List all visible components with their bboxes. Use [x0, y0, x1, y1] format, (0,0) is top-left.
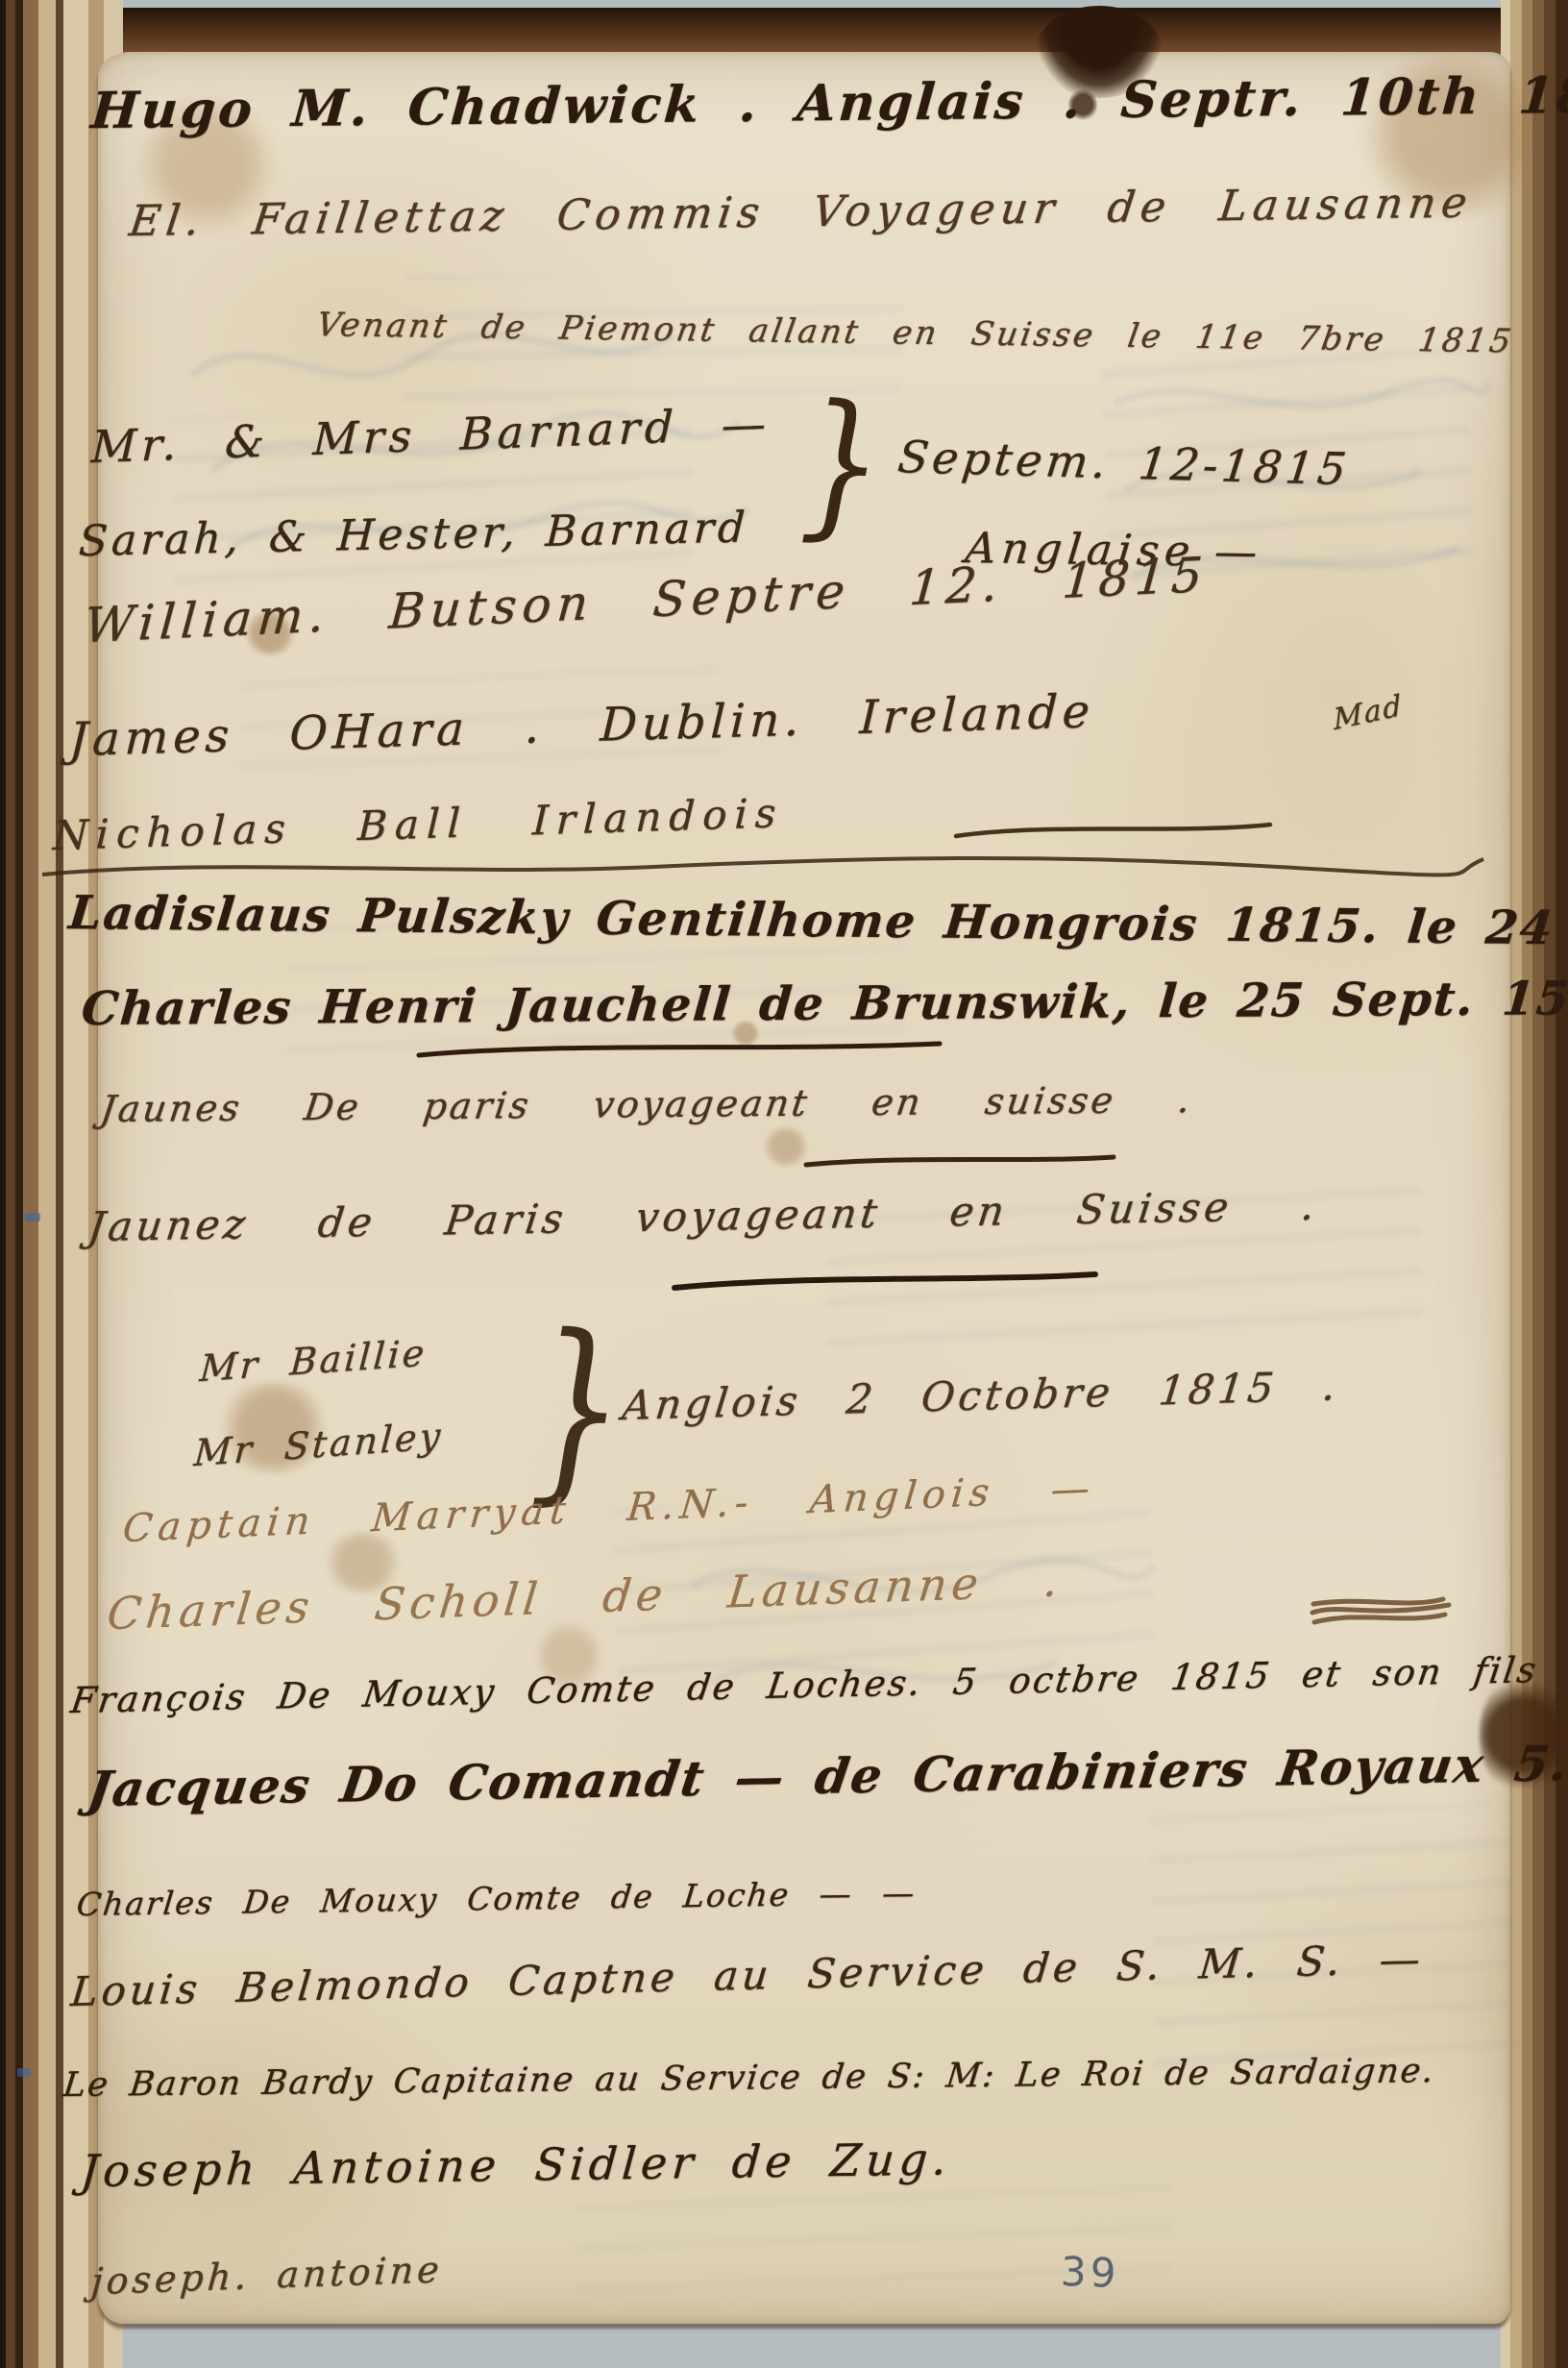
entry-brunswik: Charles Henri Jauchell de Brunswik, le 2… — [80, 972, 1568, 1036]
scanned-guestbook-page: Hugo M. Chadwick . Anglais . Septr. 10th… — [0, 0, 1568, 2368]
blue-pencil-mark — [25, 1213, 40, 1221]
barnard-brace: } — [797, 383, 885, 546]
baillie-brace: } — [527, 1309, 625, 1509]
page-number: 39 — [1060, 2248, 1120, 2297]
blue-pencil-mark — [17, 2068, 31, 2077]
